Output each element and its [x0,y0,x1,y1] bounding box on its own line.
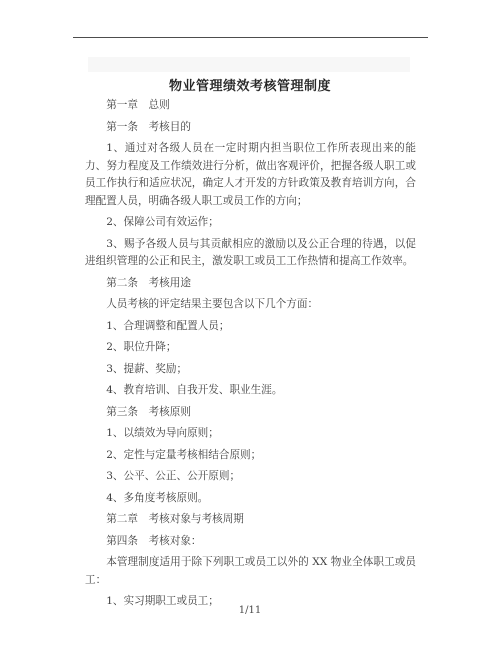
document-body: 第一章 总则第一条 考核目的1、通过对各级人员在一定时期内担当职位工作所表现出来… [85,97,416,615]
header-highlight-bar [88,57,410,72]
paragraph: 第二条 考核用途 [85,275,416,293]
paragraph: 4、多角度考核原则。 [85,490,416,508]
paragraph: 第二章 考核对象与考核周期 [85,511,416,529]
document-title: 物业管理绩效考核管理制度 [0,75,500,94]
paragraph: 2、保障公司有效运作； [85,214,416,232]
paragraph: 1、合理调整和配置人员； [85,318,416,336]
paragraph: 3、赐予各级人员与其贡献相应的激励以及公正合理的待遇，以促进组织管理的公正和民主… [85,236,416,271]
paragraph: 第一条 考核目的 [85,119,416,137]
paragraph: 4、教育培训、自我开发、职业生涯。 [85,382,416,400]
paragraph: 3、公平、公正、公开原则； [85,468,416,486]
paragraph: 2、定性与定量考核相结合原则； [85,447,416,465]
header-rule [73,37,428,38]
paragraph: 第三条 考核原则 [85,404,416,422]
paragraph: 本管理制度适用于除下列职工或员工以外的 XX 物业全体职工或员工： [85,554,416,589]
paragraph: 1、通过对各级人员在一定时期内担当职位工作所表现出来的能力、努力程度及工作绩效进… [85,140,416,210]
paragraph: 第一章 总则 [85,97,416,115]
paragraph: 人员考核的评定结果主要包含以下几个方面： [85,296,416,314]
document-page: 物业管理绩效考核管理制度 第一章 总则第一条 考核目的1、通过对各级人员在一定时… [0,0,500,647]
paragraph: 3、提薪、奖励； [85,361,416,379]
paragraph: 第四条 考核对象： [85,533,416,551]
paragraph: 2、职位升降； [85,339,416,357]
page-number: 1/11 [0,605,500,616]
paragraph: 1、以绩效为导向原则； [85,425,416,443]
